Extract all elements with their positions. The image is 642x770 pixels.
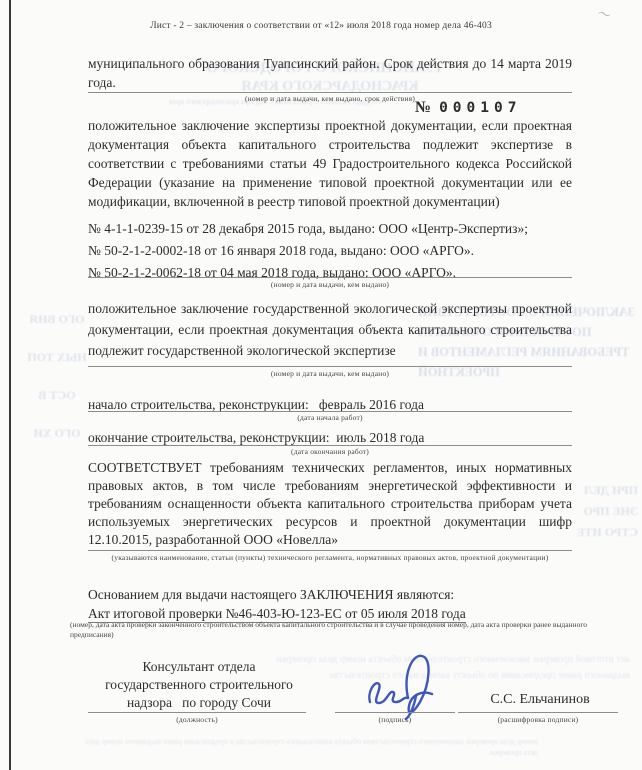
signatory-name: С.С. Ельчанинов: [462, 692, 618, 708]
signatory-position-line: Консультант отдела: [88, 658, 310, 676]
validity-paragraph: муниципального образования Туапсинский р…: [88, 54, 572, 92]
expertise-items: № 4-1-1-0239-15 от 28 декабря 2015 года,…: [88, 218, 572, 284]
form-rule: [88, 445, 572, 446]
name-caption: (расшифровка подписи): [458, 715, 618, 724]
position-caption: (должность): [88, 715, 306, 724]
bleedthrough-fragment: ОГО ВИЯ НЫХ ТОП ОСТ В ОГО ХИ: [26, 300, 88, 452]
position-rule: [88, 712, 306, 713]
signatory-position-line: государственного строительного: [88, 676, 310, 694]
page-left-border: [9, 0, 11, 770]
end-caption: (дата окончания работ): [88, 447, 572, 456]
expertise-item: № 50-2-1-2-0002-18 от 16 января 2018 год…: [88, 240, 572, 262]
signatory-position-line: надзора по городу Сочи: [88, 694, 310, 712]
name-rule: [458, 712, 618, 713]
expertise-caption: (номер и дата выдачи, кем выдано): [88, 280, 572, 289]
signature-rule: [335, 712, 455, 713]
handwritten-signature: [362, 650, 462, 720]
page-header-line: Лист - 2 – заключения о соответствии от …: [0, 21, 642, 31]
start-caption: (дата начала работ): [88, 413, 572, 422]
signature-caption: (подпись): [335, 715, 455, 724]
conformity-caption: (указываются наименование, статьи (пункт…: [88, 553, 572, 563]
basis-caption: (номер, дата акта проверки законченного …: [70, 620, 600, 640]
form-number: №000107: [415, 99, 521, 117]
form-rule: [88, 550, 572, 551]
expertise-paragraph: положительное заключение экспертизы прое…: [88, 116, 572, 211]
form-number-digits: 000107: [439, 100, 521, 116]
conformity-paragraph: СООТВЕТСТВУЕТ требованиям технических ре…: [88, 459, 572, 549]
signatory-position: Консультант отдела государственного стро…: [88, 658, 310, 712]
basis-heading: Основанием для выдачи настоящего ЗАКЛЮЧЕ…: [88, 585, 572, 604]
numero-sign: №: [415, 99, 431, 116]
form-rule: [88, 277, 572, 278]
form-rule: [88, 366, 572, 367]
form-rule: [88, 411, 572, 412]
ecological-caption: (номер и дата выдачи, кем выдано): [88, 369, 572, 378]
bleedthrough-fragment: ПРИ ДЕЛ ЭНЕ ПРО СТРО ИТЕ: [566, 480, 638, 543]
expertise-item: № 4-1-1-0239-15 от 28 декабря 2015 года,…: [88, 218, 572, 240]
bleedthrough-fragment: номер дела проверки законченного строите…: [78, 736, 538, 758]
ecological-paragraph: положительное заключение государственной…: [88, 298, 572, 361]
form-rule: [88, 92, 572, 93]
